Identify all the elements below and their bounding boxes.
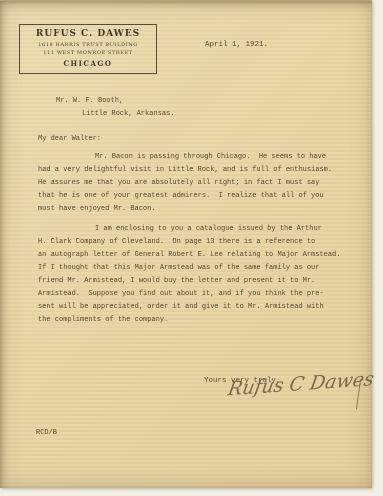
paragraph-line: Armistead. Suppose you find out about it… xyxy=(36,288,362,301)
letterhead-name: RUFUS C. DAWES xyxy=(22,29,154,39)
date-line: April 1, 1921. xyxy=(205,41,268,49)
letter-paper: RUFUS C. DAWES 1618 HARRIS TRUST BUILDIN… xyxy=(0,0,372,488)
paragraph-line: the compliments of the company. xyxy=(36,314,362,327)
letterhead-city: CHICAGO xyxy=(22,59,154,68)
paragraph-line: If I thought that this Major Armstead wa… xyxy=(36,262,362,275)
paragraph-line: had a very delightful visit in Little Ro… xyxy=(36,164,362,177)
typist-initials: RCD/B xyxy=(36,429,57,437)
paragraph-line: H. Clark Company of Cleveland. On page 1… xyxy=(36,236,362,249)
letterhead: RUFUS C. DAWES 1618 HARRIS TRUST BUILDIN… xyxy=(19,24,157,74)
spacer xyxy=(36,216,362,223)
paragraph-line: He assures me that you are absolutely al… xyxy=(36,177,362,190)
paragraph-line: I am enclosing to you a catalogue issued… xyxy=(36,223,362,236)
recipient-name: Mr. W. F. Booth, xyxy=(36,95,362,108)
salutation: My dear Walter: xyxy=(36,133,362,146)
spacer xyxy=(36,121,362,133)
recipient-city: Little Rock, Arkansas. xyxy=(36,108,362,121)
letterhead-street: 111 WEST MONROE STREET xyxy=(22,50,154,56)
paragraph-2: I am enclosing to you a catalogue issued… xyxy=(36,223,362,327)
paragraph-1: Mr. Bacon is passing through Chicago. He… xyxy=(36,151,362,216)
paragraph-line: Mr. Bacon is passing through Chicago. He… xyxy=(36,151,362,164)
paragraph-line: sent will be appreciated, order it and g… xyxy=(36,301,362,314)
scanned-letter: RUFUS C. DAWES 1618 HARRIS TRUST BUILDIN… xyxy=(0,0,383,496)
paragraph-line: must have enjoyed Mr. Bacon. xyxy=(36,203,362,216)
letter-body: Mr. W. F. Booth, Little Rock, Arkansas. … xyxy=(36,95,362,327)
paragraph-line: that he is one of your greatest admirers… xyxy=(36,190,362,203)
paragraph-line: friend Mr. Armistead, I would buy the le… xyxy=(36,275,362,288)
paragraph-line: an autograph letter of General Robert E.… xyxy=(36,249,362,262)
letterhead-building: 1618 HARRIS TRUST BUILDING xyxy=(22,42,154,48)
